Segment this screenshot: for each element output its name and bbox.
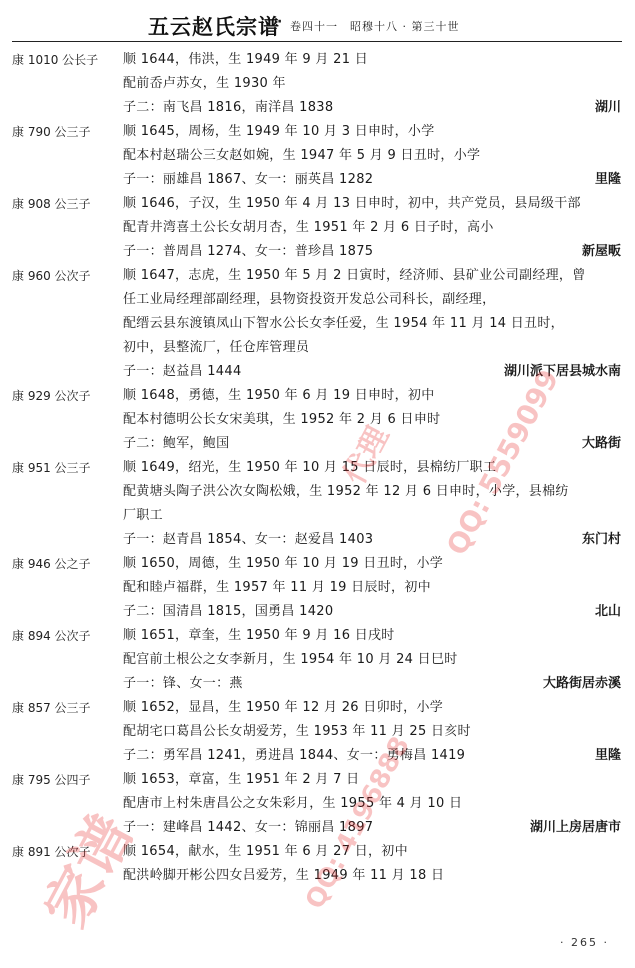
- residence-place: 里隆: [595, 744, 621, 768]
- parent-reference: 康 891 公次子: [12, 840, 91, 864]
- entry-text: 初中，县整流厂，任仓库管理员: [123, 336, 309, 360]
- residence-place: 东门村: [582, 528, 621, 552]
- genealogy-entry: 康 960 公次子顺 1647，志虎，生 1950 年 5 月 2 日寅时，经济…: [0, 264, 635, 384]
- parent-reference: 康 908 公三子: [12, 192, 91, 216]
- parent-reference: 康 960 公次子: [12, 264, 91, 288]
- entry-text: 子二：鲍军，鲍国: [123, 432, 229, 456]
- parent-reference: 康 951 公三子: [12, 456, 91, 480]
- entry-line: 配缙云县东渡镇凤山下智水公长女李任爱，生 1954 年 11 月 14 日丑时，: [0, 312, 635, 336]
- entry-line: 子二：国清昌 1815，国勇昌 1420北山: [0, 600, 635, 624]
- parent-reference: 康 929 公次子: [12, 384, 91, 408]
- entry-text: 配前岙卢苏女，生 1930 年: [123, 72, 286, 96]
- entry-line: 配洪岭脚开彬公四女吕爱芳，生 1949 年 11 月 18 日: [0, 864, 635, 888]
- residence-place: 大路街居赤溪: [543, 672, 621, 696]
- entry-line: 子一：建峰昌 1442、女一：锦丽昌 1897湖川上房居唐市: [0, 816, 635, 840]
- entry-line: 康 960 公次子顺 1647，志虎，生 1950 年 5 月 2 日寅时，经济…: [0, 264, 635, 288]
- entry-line: 配前岙卢苏女，生 1930 年: [0, 72, 635, 96]
- parent-reference: 康 795 公四子: [12, 768, 91, 792]
- entry-line: 康 790 公三子顺 1645，周杨，生 1949 年 10 月 3 日申时，小…: [0, 120, 635, 144]
- entry-text: 顺 1650，周德，生 1950 年 10 月 19 日丑时，小学: [123, 552, 443, 576]
- entry-line: 子二：鲍军，鲍国大路街: [0, 432, 635, 456]
- entry-text: 顺 1653，章富，生 1951 年 2 月 7 日: [123, 768, 359, 792]
- entry-text: 子二：国清昌 1815，国勇昌 1420: [123, 600, 333, 624]
- entry-text: 顺 1645，周杨，生 1949 年 10 月 3 日申时，小学: [123, 120, 435, 144]
- entry-line: 厂职工: [0, 504, 635, 528]
- entry-text: 顺 1648，勇德，生 1950 年 6 月 19 日申时，初中: [123, 384, 435, 408]
- entry-line: 康 929 公次子顺 1648，勇德，生 1950 年 6 月 19 日申时，初…: [0, 384, 635, 408]
- entry-line: 康 795 公四子顺 1653，章富，生 1951 年 2 月 7 日: [0, 768, 635, 792]
- entry-line: 子一：普周昌 1274、女一：普珍昌 1875新屋畈: [0, 240, 635, 264]
- entry-text: 子二：南飞昌 1816，南洋昌 1838: [123, 96, 333, 120]
- entry-text: 配本村赵瑞公三女赵如婉，生 1947 年 5 月 9 日丑时，小学: [123, 144, 480, 168]
- book-title: 五云赵氏宗谱: [148, 11, 280, 41]
- entry-text: 子一：丽雄昌 1867、女一：丽英昌 1282: [123, 168, 373, 192]
- parent-reference: 康 790 公三子: [12, 120, 91, 144]
- entry-line: 配黄塘头陶子洪公次女陶松娥，生 1952 年 12 月 6 日申时，小学，县棉纺: [0, 480, 635, 504]
- page-number: · 265 ·: [560, 936, 609, 949]
- entry-text: 配胡宅口葛昌公长女胡爱芳，生 1953 年 11 月 25 日亥时: [123, 720, 471, 744]
- entry-line: 子一：赵青昌 1854、女一：赵爱昌 1403东门村: [0, 528, 635, 552]
- entry-text: 顺 1654，献水，生 1951 年 6 月 27 日，初中: [123, 840, 408, 864]
- entry-line: 康 894 公次子顺 1651，章奎，生 1950 年 9 月 16 日戌时: [0, 624, 635, 648]
- genealogy-entry: 康 894 公次子顺 1651，章奎，生 1950 年 9 月 16 日戌时配宫…: [0, 624, 635, 696]
- entry-text: 配本村德明公长女宋美琪，生 1952 年 2 月 6 日申时: [123, 408, 440, 432]
- entry-text: 顺 1651，章奎，生 1950 年 9 月 16 日戌时: [123, 624, 395, 648]
- genealogy-entry: 康 951 公三子顺 1649，绍光，生 1950 年 10 月 15 日辰时，…: [0, 456, 635, 552]
- entry-line: 任工业局经理部副经理，县物资投资开发总公司科长，副经理，: [0, 288, 635, 312]
- genealogy-entry: 康 946 公之子顺 1650，周德，生 1950 年 10 月 19 日丑时，…: [0, 552, 635, 624]
- entry-line: 子二：南飞昌 1816，南洋昌 1838湖川: [0, 96, 635, 120]
- residence-place: 里隆: [595, 168, 621, 192]
- residence-place: 新屋畈: [582, 240, 621, 264]
- entry-text: 顺 1647，志虎，生 1950 年 5 月 2 日寅时，经济师、县矿业公司副经…: [123, 264, 586, 288]
- entry-line: 康 857 公三子顺 1652，显昌，生 1950 年 12 月 26 日卯时，…: [0, 696, 635, 720]
- genealogy-entry: 康 790 公三子顺 1645，周杨，生 1949 年 10 月 3 日申时，小…: [0, 120, 635, 192]
- entry-text: 配唐市上村朱唐昌公之女朱彩月，生 1955 年 4 月 10 日: [123, 792, 462, 816]
- parent-reference: 康 894 公次子: [12, 624, 91, 648]
- entry-text: 子一：锋、女一：燕: [123, 672, 243, 696]
- entry-line: 配胡宅口葛昌公长女胡爱芳，生 1953 年 11 月 25 日亥时: [0, 720, 635, 744]
- residence-place: 湖川: [595, 96, 621, 120]
- entry-text: 子一：赵益昌 1444: [123, 360, 242, 384]
- entry-line: 子一：丽雄昌 1867、女一：丽英昌 1282里隆: [0, 168, 635, 192]
- entry-text: 顺 1652，显昌，生 1950 年 12 月 26 日卯时，小学: [123, 696, 443, 720]
- entry-text: 顺 1644，伟洪，生 1949 年 9 月 21 日: [123, 48, 368, 72]
- entry-text: 顺 1649，绍光，生 1950 年 10 月 15 日辰时，县棉纺厂职工: [123, 456, 496, 480]
- entry-line: 子一：锋、女一：燕大路街居赤溪: [0, 672, 635, 696]
- genealogy-entry: 康 891 公次子顺 1654，献水，生 1951 年 6 月 27 日，初中配…: [0, 840, 635, 888]
- parent-reference: 康 1010 公长子: [12, 48, 98, 72]
- entry-text: 配青井湾喜土公长女胡月杏，生 1951 年 2 月 6 日子时，高小: [123, 216, 494, 240]
- header-rule: [12, 41, 622, 42]
- entry-line: 配青井湾喜土公长女胡月杏，生 1951 年 2 月 6 日子时，高小: [0, 216, 635, 240]
- entry-line: 初中，县整流厂，任仓库管理员: [0, 336, 635, 360]
- entry-line: 康 946 公之子顺 1650，周德，生 1950 年 10 月 19 日丑时，…: [0, 552, 635, 576]
- title-separator: ·: [277, 14, 282, 30]
- genealogy-entry: 康 929 公次子顺 1648，勇德，生 1950 年 6 月 19 日申时，初…: [0, 384, 635, 456]
- residence-place: 北山: [595, 600, 621, 624]
- entry-line: 配和睦卢福群，生 1957 年 11 月 19 日辰时，初中: [0, 576, 635, 600]
- entry-text: 任工业局经理部副经理，县物资投资开发总公司科长，副经理，: [123, 288, 495, 312]
- parent-reference: 康 857 公三子: [12, 696, 91, 720]
- residence-place: 湖川派下居县城水南: [504, 360, 621, 384]
- entry-text: 子一：普周昌 1274、女一：普珍昌 1875: [123, 240, 373, 264]
- entry-text: 配洪岭脚开彬公四女吕爱芳，生 1949 年 11 月 18 日: [123, 864, 444, 888]
- entry-text: 配宫前土根公之女李新月，生 1954 年 10 月 24 日巳时: [123, 648, 458, 672]
- genealogy-entry: 康 1010 公长子顺 1644，伟洪，生 1949 年 9 月 21 日配前岙…: [0, 48, 635, 120]
- entry-line: 康 1010 公长子顺 1644，伟洪，生 1949 年 9 月 21 日: [0, 48, 635, 72]
- entry-text: 配和睦卢福群，生 1957 年 11 月 19 日辰时，初中: [123, 576, 431, 600]
- entry-text: 厂职工: [123, 504, 163, 528]
- entry-text: 子二：勇军昌 1241，勇进昌 1844、女一：勇梅昌 1419: [123, 744, 465, 768]
- entry-line: 康 908 公三子顺 1646，子汉，生 1950 年 4 月 13 日申时，初…: [0, 192, 635, 216]
- genealogy-entries: 康 1010 公长子顺 1644，伟洪，生 1949 年 9 月 21 日配前岙…: [0, 48, 635, 888]
- entry-text: 配缙云县东渡镇凤山下智水公长女李任爱，生 1954 年 11 月 14 日丑时，: [123, 312, 564, 336]
- entry-line: 子一：赵益昌 1444湖川派下居县城水南: [0, 360, 635, 384]
- entry-line: 配本村赵瑞公三女赵如婉，生 1947 年 5 月 9 日丑时，小学: [0, 144, 635, 168]
- entry-line: 子二：勇军昌 1241，勇进昌 1844、女一：勇梅昌 1419里隆: [0, 744, 635, 768]
- genealogy-entry: 康 857 公三子顺 1652，显昌，生 1950 年 12 月 26 日卯时，…: [0, 696, 635, 768]
- page-header: 五云赵氏宗谱 · 卷四十一 昭穆十八 · 第三十世: [0, 0, 635, 44]
- entry-line: 配唐市上村朱唐昌公之女朱彩月，生 1955 年 4 月 10 日: [0, 792, 635, 816]
- residence-place: 大路街: [582, 432, 621, 456]
- volume-subtitle: 卷四十一 昭穆十八 · 第三十世: [290, 18, 460, 34]
- entry-line: 配本村德明公长女宋美琪，生 1952 年 2 月 6 日申时: [0, 408, 635, 432]
- genealogy-entry: 康 795 公四子顺 1653，章富，生 1951 年 2 月 7 日配唐市上村…: [0, 768, 635, 840]
- entry-line: 康 951 公三子顺 1649，绍光，生 1950 年 10 月 15 日辰时，…: [0, 456, 635, 480]
- residence-place: 湖川上房居唐市: [530, 816, 621, 840]
- entry-text: 配黄塘头陶子洪公次女陶松娥，生 1952 年 12 月 6 日申时，小学，县棉纺: [123, 480, 569, 504]
- entry-line: 配宫前土根公之女李新月，生 1954 年 10 月 24 日巳时: [0, 648, 635, 672]
- parent-reference: 康 946 公之子: [12, 552, 91, 576]
- entry-line: 康 891 公次子顺 1654，献水，生 1951 年 6 月 27 日，初中: [0, 840, 635, 864]
- entry-text: 顺 1646，子汉，生 1950 年 4 月 13 日申时，初中，共产党员，县局…: [123, 192, 581, 216]
- genealogy-entry: 康 908 公三子顺 1646，子汉，生 1950 年 4 月 13 日申时，初…: [0, 192, 635, 264]
- entry-text: 子一：建峰昌 1442、女一：锦丽昌 1897: [123, 816, 373, 840]
- entry-text: 子一：赵青昌 1854、女一：赵爱昌 1403: [123, 528, 373, 552]
